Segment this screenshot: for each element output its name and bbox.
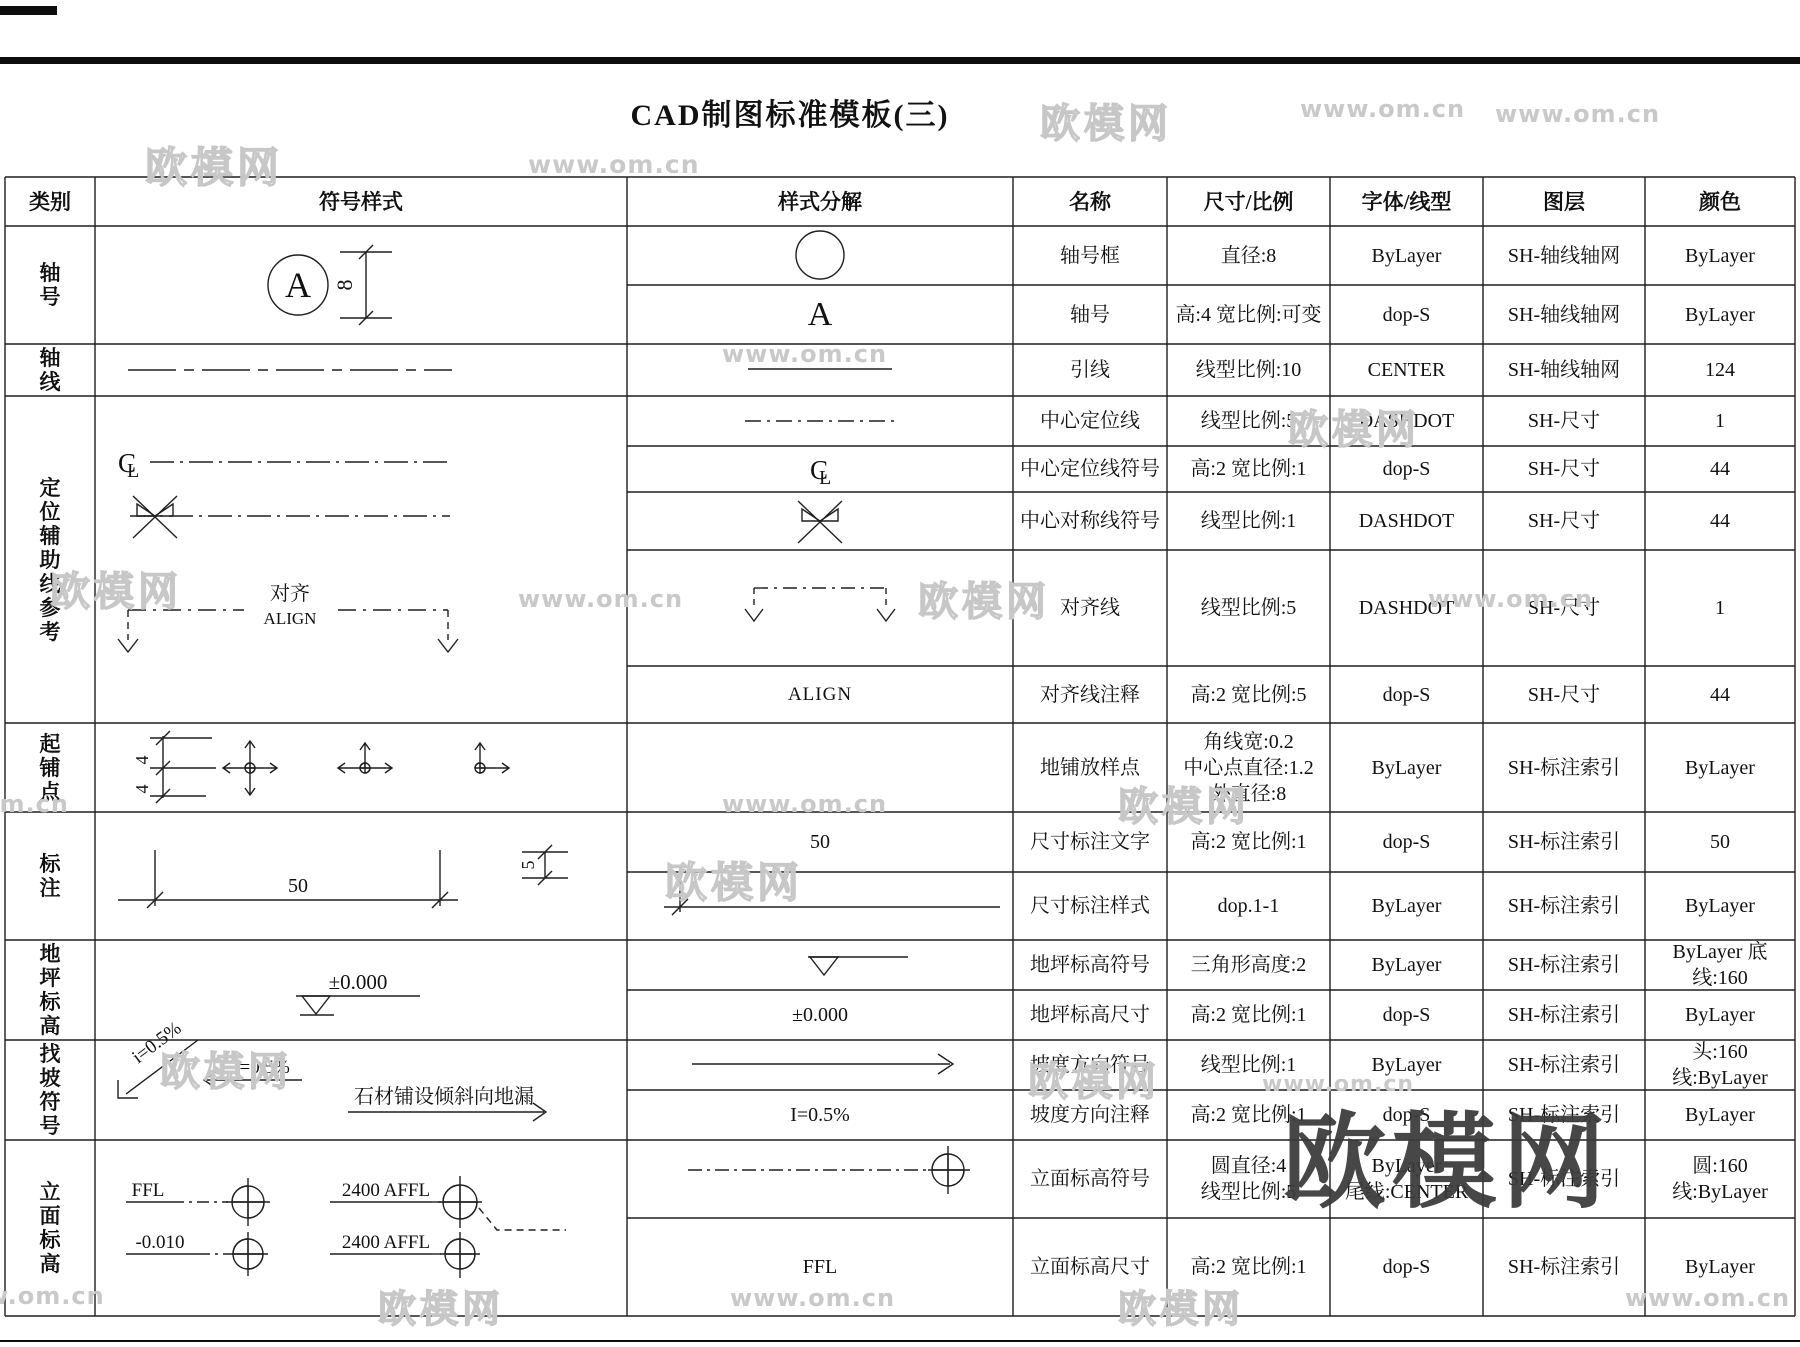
- category-7-line: 高: [40, 1252, 61, 1276]
- cell-name-6-1-line: 坡度方向注释: [1030, 1102, 1150, 1128]
- cell-color-7-1: ByLayer: [1645, 1218, 1795, 1316]
- category-3-line: 点: [40, 780, 61, 804]
- cell-layer-4-0-line: SH-标注索引: [1508, 829, 1620, 855]
- cell-size-2-2-line: 线型比例:1: [1201, 508, 1297, 534]
- cell-size-4-0-line: 高:2 宽比例:1: [1190, 829, 1306, 855]
- cell-font-4-0-line: dop-S: [1383, 829, 1431, 855]
- header-symbol-style: 符号样式: [95, 177, 627, 226]
- header-size-scale: 尺寸/比例: [1167, 177, 1330, 226]
- cell-layer-2-3-line: SH-尺寸: [1528, 595, 1600, 621]
- cell-size-0-0: 直径:8: [1167, 226, 1330, 285]
- cell-font-5-0: ByLayer: [1330, 940, 1483, 990]
- category-0-line: 轴: [40, 261, 61, 285]
- cell-layer-5-1: SH-标注索引: [1483, 990, 1645, 1040]
- cell-size-6-1: 高:2 宽比例:1: [1167, 1090, 1330, 1140]
- cell-color-6-1-line: ByLayer: [1685, 1102, 1755, 1128]
- axis-letter: A: [285, 265, 311, 305]
- cell-name-4-0: 尺寸标注文字: [1013, 812, 1167, 872]
- decomp-level-text: ±0.000: [627, 990, 1013, 1040]
- header-font-linetype-line: 字体/线型: [1362, 189, 1452, 215]
- cell-font-0-1: dop-S: [1330, 285, 1483, 344]
- cell-layer-6-0-line: SH-标注索引: [1508, 1052, 1620, 1078]
- paving-origin-symbol: 4 4: [132, 731, 509, 803]
- decomp-slope-text: I=0.5%: [627, 1090, 1013, 1140]
- cell-font-7-1: dop-S: [1330, 1218, 1483, 1316]
- cell-font-1-0-line: CENTER: [1368, 357, 1446, 383]
- cell-name-3-0-line: 地铺放样点: [1040, 755, 1140, 781]
- slope-symbol: i=0.5% i=0.5% 石材铺设倾斜向地漏: [118, 1018, 546, 1121]
- cell-layer-2-4: SH-尺寸: [1483, 666, 1645, 723]
- cell-name-4-1-line: 尺寸标注样式: [1030, 893, 1150, 919]
- category-2-line: 考: [40, 620, 61, 644]
- category-2-line: 参: [40, 596, 61, 620]
- category-5: 地坪标高: [5, 940, 95, 1040]
- cell-layer-2-1-line: SH-尺寸: [1528, 456, 1600, 482]
- category-5-line: 地: [40, 942, 61, 966]
- cell-size-2-3: 线型比例:5: [1167, 550, 1330, 666]
- cell-color-7-1-line: ByLayer: [1685, 1254, 1755, 1280]
- cell-font-5-1: dop-S: [1330, 990, 1483, 1040]
- decomp-elevation-target: [688, 1146, 970, 1194]
- grid-dim-label-1: 4: [132, 756, 152, 765]
- decomp-dim-style: [664, 878, 1000, 915]
- category-4-line: 标: [40, 852, 61, 876]
- cell-name-5-1-line: 地坪标高尺寸: [1030, 1002, 1150, 1028]
- category-2-line: 助: [40, 548, 61, 572]
- cell-layer-6-0: SH-标注索引: [1483, 1040, 1645, 1090]
- cell-size-2-1: 高:2 宽比例:1: [1167, 446, 1330, 492]
- cell-name-7-0: 立面标高符号: [1013, 1140, 1167, 1218]
- cell-font-2-1: dop-S: [1330, 446, 1483, 492]
- cell-size-6-0: 线型比例:1: [1167, 1040, 1330, 1090]
- cell-font-3-0: ByLayer: [1330, 723, 1483, 812]
- cell-color-0-0: ByLayer: [1645, 226, 1795, 285]
- category-1-line: 轴: [40, 346, 61, 370]
- header-style-decomposition: 样式分解: [627, 177, 1013, 226]
- cell-size-3-0-line: 中心点直径:1.2: [1183, 755, 1314, 781]
- ffl-minus-label: -0.010: [135, 1232, 184, 1253]
- cell-layer-1-0-line: SH-轴线轴网: [1508, 357, 1620, 383]
- cell-layer-6-1: SH-标注索引: [1483, 1090, 1645, 1140]
- category-6-line: 号: [40, 1114, 61, 1138]
- cell-font-6-0: ByLayer: [1330, 1040, 1483, 1090]
- cell-font-4-0: dop-S: [1330, 812, 1483, 872]
- page-title: CAD制图标准模板(三): [590, 90, 990, 134]
- cell-layer-3-0: SH-标注索引: [1483, 723, 1645, 812]
- cell-name-6-0-line: 坡度方向符号: [1030, 1052, 1150, 1078]
- cell-layer-2-0: SH-尺寸: [1483, 396, 1645, 446]
- cell-color-0-0-line: ByLayer: [1685, 243, 1755, 269]
- cell-name-7-1: 立面标高尺寸: [1013, 1218, 1167, 1316]
- cell-layer-0-1: SH-轴线轴网: [1483, 285, 1645, 344]
- cell-size-7-0: 圆直径:4线型比例:5: [1167, 1140, 1330, 1218]
- dimension-symbol: 50 5: [118, 845, 568, 908]
- cell-name-2-1: 中心定位线符号: [1013, 446, 1167, 492]
- cell-color-2-4-line: 44: [1710, 682, 1730, 708]
- cell-layer-5-1-line: SH-标注索引: [1508, 1002, 1620, 1028]
- cell-layer-2-2: SH-尺寸: [1483, 492, 1645, 550]
- cad-template-sheet: CAD制图标准模板(三) A 8 C L: [0, 0, 1800, 1347]
- slope-note-label: 石材铺设倾斜向地漏: [354, 1085, 534, 1108]
- cell-name-4-0-line: 尺寸标注文字: [1030, 829, 1150, 855]
- header-style-decomposition-line: 样式分解: [778, 189, 862, 215]
- cell-font-2-0-line: DASHDOT: [1359, 408, 1455, 434]
- cell-color-4-1-line: ByLayer: [1685, 893, 1755, 919]
- decomp-align-text: ALIGN: [627, 666, 1013, 723]
- cell-layer-3-0-line: SH-标注索引: [1508, 755, 1620, 781]
- category-0: 轴号: [5, 226, 95, 344]
- cell-color-0-1-line: ByLayer: [1685, 302, 1755, 328]
- decomp-centerline-glyph: C L: [810, 455, 831, 489]
- cell-color-2-3-line: 1: [1715, 595, 1725, 621]
- cell-color-6-1: ByLayer: [1645, 1090, 1795, 1140]
- cell-layer-4-1-line: SH-标注索引: [1508, 893, 1620, 919]
- cell-layer-4-1: SH-标注索引: [1483, 872, 1645, 940]
- category-7-line: 立: [40, 1180, 61, 1204]
- cell-layer-2-3: SH-尺寸: [1483, 550, 1645, 666]
- cell-font-3-0-line: ByLayer: [1372, 755, 1442, 781]
- level-value-label: ±0.000: [329, 970, 388, 994]
- cell-color-5-0: ByLayer 底线:160: [1645, 940, 1795, 990]
- cell-font-7-0-line: ByLayer: [1372, 1153, 1442, 1179]
- decomp-symmetry-symbol: [798, 501, 842, 543]
- category-6: 找坡符号: [5, 1040, 95, 1140]
- cell-font-0-0-line: ByLayer: [1372, 243, 1442, 269]
- align-label-en: ALIGN: [264, 609, 317, 628]
- header-category-line: 类别: [29, 189, 71, 215]
- category-7: 立面标高: [5, 1140, 95, 1316]
- cell-name-2-2: 中心对称线符号: [1013, 492, 1167, 550]
- category-7-line: 面: [40, 1204, 61, 1228]
- cell-color-6-0-line: 头:160 线:ByLayer: [1645, 1039, 1795, 1091]
- cell-size-6-1-line: 高:2 宽比例:1: [1190, 1102, 1306, 1128]
- cell-size-4-1-line: dop.1-1: [1218, 893, 1280, 919]
- cell-color-5-1-line: ByLayer: [1685, 1002, 1755, 1028]
- cell-color-2-4: 44: [1645, 666, 1795, 723]
- cell-font-2-2: DASHDOT: [1330, 492, 1483, 550]
- cell-name-1-0: 引线: [1013, 344, 1167, 396]
- cell-name-2-4: 对齐线注释: [1013, 666, 1167, 723]
- category-6-line: 符: [40, 1090, 61, 1114]
- affl-label-2: 2400 AFFL: [342, 1232, 430, 1253]
- cell-name-6-1: 坡度方向注释: [1013, 1090, 1167, 1140]
- category-5-line: 坪: [40, 966, 61, 990]
- cell-font-6-0-line: ByLayer: [1372, 1052, 1442, 1078]
- cell-size-5-0-line: 三角形高度:2: [1191, 952, 1307, 978]
- cell-layer-7-0-line: SH-标注索引: [1508, 1166, 1620, 1192]
- cell-font-2-0: DASHDOT: [1330, 396, 1483, 446]
- cell-layer-0-0: SH-轴线轴网: [1483, 226, 1645, 285]
- align-label-cn: 对齐: [270, 582, 310, 605]
- cell-size-2-3-line: 线型比例:5: [1201, 595, 1297, 621]
- cell-size-1-0: 线型比例:10: [1167, 344, 1330, 396]
- cell-size-7-0-line: 线型比例:5: [1201, 1179, 1297, 1205]
- cell-font-7-1-line: dop-S: [1383, 1254, 1431, 1280]
- cell-color-3-0: ByLayer: [1645, 723, 1795, 812]
- cell-size-0-0-line: 直径:8: [1221, 243, 1277, 269]
- cell-color-7-0: 圆:160 线:ByLayer: [1645, 1140, 1795, 1218]
- cell-size-5-1: 高:2 宽比例:1: [1167, 990, 1330, 1040]
- cell-font-2-3-line: DASHDOT: [1359, 595, 1455, 621]
- cell-size-2-0: 线型比例:5: [1167, 396, 1330, 446]
- header-layer: 图层: [1483, 177, 1645, 226]
- cell-font-2-4-line: dop-S: [1383, 682, 1431, 708]
- cell-size-7-1: 高:2 宽比例:1: [1167, 1218, 1330, 1316]
- cell-size-7-1-line: 高:2 宽比例:1: [1190, 1254, 1306, 1280]
- symmetry-line-symbol: [130, 496, 450, 538]
- cell-font-2-2-line: DASHDOT: [1359, 508, 1455, 534]
- cell-font-7-0-line: 尾线:CENTER: [1345, 1179, 1468, 1205]
- slope-diagonal-label: i=0.5%: [128, 1018, 185, 1068]
- cell-font-0-1-line: dop-S: [1383, 302, 1431, 328]
- cell-color-3-0-line: ByLayer: [1685, 755, 1755, 781]
- category-1-line: 线: [40, 370, 61, 394]
- cell-size-6-0-line: 线型比例:1: [1201, 1052, 1297, 1078]
- header-category: 类别: [5, 177, 95, 226]
- cell-color-2-3: 1: [1645, 550, 1795, 666]
- cell-font-0-0: ByLayer: [1330, 226, 1483, 285]
- cell-size-1-0-line: 线型比例:10: [1196, 357, 1302, 383]
- cell-color-2-1-line: 44: [1710, 456, 1730, 482]
- centerline-l: L: [127, 460, 139, 482]
- category-3-line: 铺: [40, 756, 61, 780]
- cell-layer-2-0-line: SH-尺寸: [1528, 408, 1600, 434]
- header-font-linetype: 字体/线型: [1330, 177, 1483, 226]
- cell-size-2-2: 线型比例:1: [1167, 492, 1330, 550]
- cell-name-5-1: 地坪标高尺寸: [1013, 990, 1167, 1040]
- cell-layer-0-1-line: SH-轴线轴网: [1508, 302, 1620, 328]
- cell-size-0-1-line: 高:4 宽比例:可变: [1175, 302, 1321, 328]
- cell-name-5-0: 地坪标高符号: [1013, 940, 1167, 990]
- category-2-line: 位: [40, 500, 61, 524]
- cell-name-2-2-line: 中心对称线符号: [1020, 508, 1160, 534]
- cell-size-2-4: 高:2 宽比例:5: [1167, 666, 1330, 723]
- category-3-line: 起: [40, 732, 61, 756]
- category-0-line: 号: [40, 285, 61, 309]
- centerline-symbol: C L: [118, 448, 452, 482]
- cell-name-2-0: 中心定位线: [1013, 396, 1167, 446]
- ffl-label: FFL: [132, 1180, 165, 1201]
- header-name: 名称: [1013, 177, 1167, 226]
- cell-size-2-1-line: 高:2 宽比例:1: [1190, 456, 1306, 482]
- header-color: 颜色: [1645, 177, 1795, 226]
- cell-size-2-4-line: 高:2 宽比例:5: [1190, 682, 1306, 708]
- cell-layer-0-0-line: SH-轴线轴网: [1508, 243, 1620, 269]
- cell-name-7-1-line: 立面标高尺寸: [1030, 1254, 1150, 1280]
- cell-layer-4-0: SH-标注索引: [1483, 812, 1645, 872]
- axis-number-symbol: A 8: [268, 245, 392, 325]
- cell-color-4-1: ByLayer: [1645, 872, 1795, 940]
- cell-name-2-1-line: 中心定位线符号: [1020, 456, 1160, 482]
- category-1: 轴线: [5, 344, 95, 396]
- cell-layer-1-0: SH-轴线轴网: [1483, 344, 1645, 396]
- cell-name-2-4-line: 对齐线注释: [1040, 682, 1140, 708]
- category-3: 起铺点: [5, 723, 95, 812]
- cell-name-3-0: 地铺放样点: [1013, 723, 1167, 812]
- category-2-line: 辅: [40, 524, 61, 548]
- cell-layer-7-1: SH-标注索引: [1483, 1218, 1645, 1316]
- cell-size-4-0: 高:2 宽比例:1: [1167, 812, 1330, 872]
- cell-color-1-0: 124: [1645, 344, 1795, 396]
- decomp-slope-arrow: [692, 1054, 953, 1074]
- cell-color-2-0: 1: [1645, 396, 1795, 446]
- category-7-line: 标: [40, 1228, 61, 1252]
- decomp-axis-circle: [796, 231, 844, 279]
- cell-size-3-0-line: 外直径:8: [1211, 781, 1287, 807]
- grid-dim-label-2: 4: [132, 785, 152, 794]
- header-color-line: 颜色: [1699, 189, 1741, 215]
- cell-font-5-1-line: dop-S: [1383, 1002, 1431, 1028]
- cell-color-7-0-line: 圆:160 线:ByLayer: [1645, 1153, 1795, 1205]
- cell-name-1-0-line: 引线: [1070, 357, 1110, 383]
- axis-dim-label: 8: [332, 280, 357, 291]
- decomp-level-triangle: [808, 957, 908, 975]
- cell-name-0-1: 轴号: [1013, 285, 1167, 344]
- category-2: 定位辅助线参考: [5, 396, 95, 723]
- cell-name-2-3: 对齐线: [1013, 550, 1167, 666]
- cell-layer-5-0-line: SH-标注索引: [1508, 952, 1620, 978]
- cell-color-1-0-line: 124: [1705, 357, 1735, 383]
- decomp-dim-text: 50: [627, 812, 1013, 872]
- cell-color-0-1: ByLayer: [1645, 285, 1795, 344]
- header-name-line: 名称: [1069, 189, 1111, 215]
- cell-font-2-4: dop-S: [1330, 666, 1483, 723]
- header-symbol-style-line: 符号样式: [319, 189, 403, 215]
- cell-name-2-3-line: 对齐线: [1060, 595, 1120, 621]
- category-6-line: 坡: [40, 1066, 61, 1090]
- align-line-symbol: 对齐 ALIGN: [118, 582, 458, 652]
- cell-layer-6-1-line: SH-标注索引: [1508, 1102, 1620, 1128]
- cell-size-5-0: 三角形高度:2: [1167, 940, 1330, 990]
- cell-layer-2-2-line: SH-尺寸: [1528, 508, 1600, 534]
- cell-font-2-1-line: dop-S: [1383, 456, 1431, 482]
- category-2-line: 定: [40, 476, 61, 500]
- cell-color-2-1: 44: [1645, 446, 1795, 492]
- category-5-line: 高: [40, 1014, 61, 1038]
- cell-name-0-0: 轴号框: [1013, 226, 1167, 285]
- cell-size-4-1: dop.1-1: [1167, 872, 1330, 940]
- header-layer-line: 图层: [1543, 189, 1585, 215]
- cell-color-2-2-line: 44: [1710, 508, 1730, 534]
- cell-color-4-0-line: 50: [1710, 829, 1730, 855]
- cell-layer-2-1: SH-尺寸: [1483, 446, 1645, 492]
- cell-size-3-0: 角线宽:0.2中心点直径:1.2外直径:8: [1167, 723, 1330, 812]
- elevation-symbol: FFL -0.010 2400 AFFL 2400: [126, 1176, 566, 1278]
- decomp-ffl-text: FFL: [627, 1218, 1013, 1316]
- cell-font-5-0-line: ByLayer: [1372, 952, 1442, 978]
- decomp-align-bracket: [745, 588, 895, 621]
- cell-size-2-0-line: 线型比例:5: [1201, 408, 1297, 434]
- dim-height-label: 5: [518, 861, 538, 870]
- cell-name-7-0-line: 立面标高符号: [1030, 1166, 1150, 1192]
- cell-name-6-0: 坡度方向符号: [1013, 1040, 1167, 1090]
- category-5-line: 标: [40, 990, 61, 1014]
- cell-size-5-1-line: 高:2 宽比例:1: [1190, 1002, 1306, 1028]
- cell-name-4-1: 尺寸标注样式: [1013, 872, 1167, 940]
- cell-size-0-1: 高:4 宽比例:可变: [1167, 285, 1330, 344]
- cell-color-5-0-line: ByLayer 底线:160: [1645, 939, 1795, 991]
- cell-color-4-0: 50: [1645, 812, 1795, 872]
- category-4-line: 注: [40, 876, 61, 900]
- decomp-axis-letter: A: [627, 285, 1013, 344]
- category-2-line: 线: [40, 572, 61, 596]
- cell-color-6-0: 头:160 线:ByLayer: [1645, 1040, 1795, 1090]
- cell-font-4-1: ByLayer: [1330, 872, 1483, 940]
- cell-layer-7-0: SH-标注索引: [1483, 1140, 1645, 1218]
- cell-font-6-1: dop-S: [1330, 1090, 1483, 1140]
- dim-value-label: 50: [288, 875, 308, 897]
- category-4: 标注: [5, 812, 95, 940]
- cell-color-2-2: 44: [1645, 492, 1795, 550]
- slope-value-label: i=0.5%: [234, 1057, 290, 1078]
- cell-font-1-0: CENTER: [1330, 344, 1483, 396]
- affl-label-1: 2400 AFFL: [342, 1180, 430, 1201]
- cell-name-0-0-line: 轴号框: [1060, 243, 1120, 269]
- cell-name-2-0-line: 中心定位线: [1040, 408, 1140, 434]
- cell-size-7-0-line: 圆直径:4: [1211, 1153, 1287, 1179]
- category-6-line: 找: [40, 1042, 61, 1066]
- cell-layer-2-4-line: SH-尺寸: [1528, 682, 1600, 708]
- cell-name-5-0-line: 地坪标高符号: [1030, 952, 1150, 978]
- cell-font-6-1-line: dop-S: [1383, 1102, 1431, 1128]
- cell-layer-7-1-line: SH-标注索引: [1508, 1254, 1620, 1280]
- decomp-centerline-l: L: [819, 467, 831, 489]
- floor-level-symbol: ±0.000: [296, 970, 420, 1015]
- cell-name-0-1-line: 轴号: [1070, 302, 1110, 328]
- cell-font-4-1-line: ByLayer: [1372, 893, 1442, 919]
- header-size-scale-line: 尺寸/比例: [1204, 189, 1294, 215]
- cell-layer-5-0: SH-标注索引: [1483, 940, 1645, 990]
- cell-color-2-0-line: 1: [1715, 408, 1725, 434]
- cell-color-5-1: ByLayer: [1645, 990, 1795, 1040]
- cell-font-7-0: ByLayer尾线:CENTER: [1330, 1140, 1483, 1218]
- cell-size-3-0-line: 角线宽:0.2: [1203, 729, 1294, 755]
- cell-font-2-3: DASHDOT: [1330, 550, 1483, 666]
